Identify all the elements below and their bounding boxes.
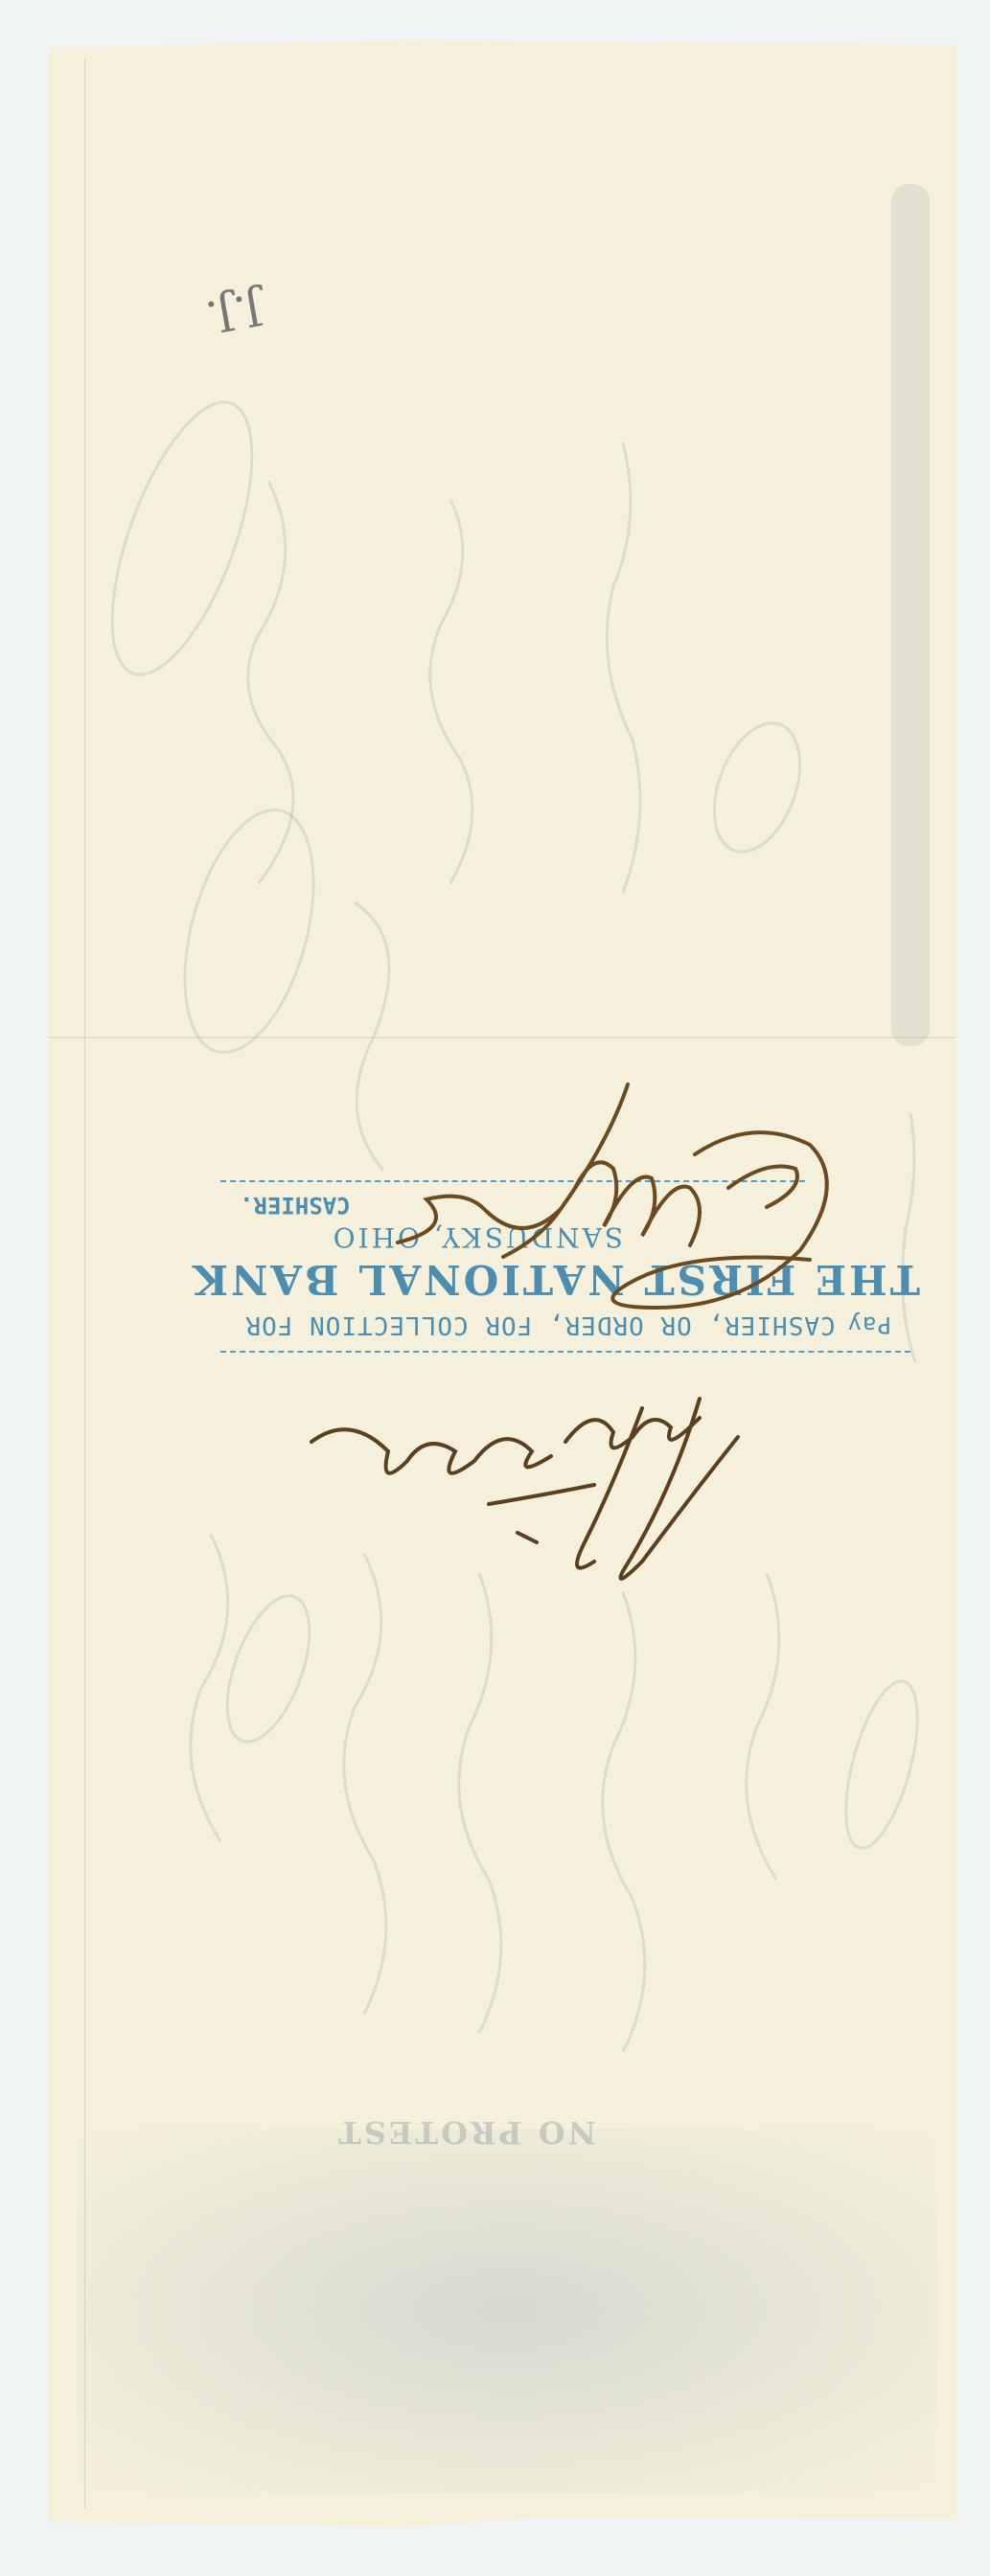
no-protest-text: NO PROTEST	[335, 2114, 596, 2151]
engraved-vignette	[77, 2129, 937, 2493]
pencil-notation: J.J.	[202, 283, 266, 343]
stamp-rule-top	[220, 1351, 910, 1353]
stamp-pay-label: Pay	[847, 1311, 891, 1338]
endorser-signature	[297, 1389, 872, 1581]
stamp-line-collection: PayCASHIER, OR ORDER, FOR COLLECTION FOR	[244, 1311, 891, 1339]
fold-line	[48, 1037, 956, 1038]
cashier-signature	[316, 1073, 939, 1303]
